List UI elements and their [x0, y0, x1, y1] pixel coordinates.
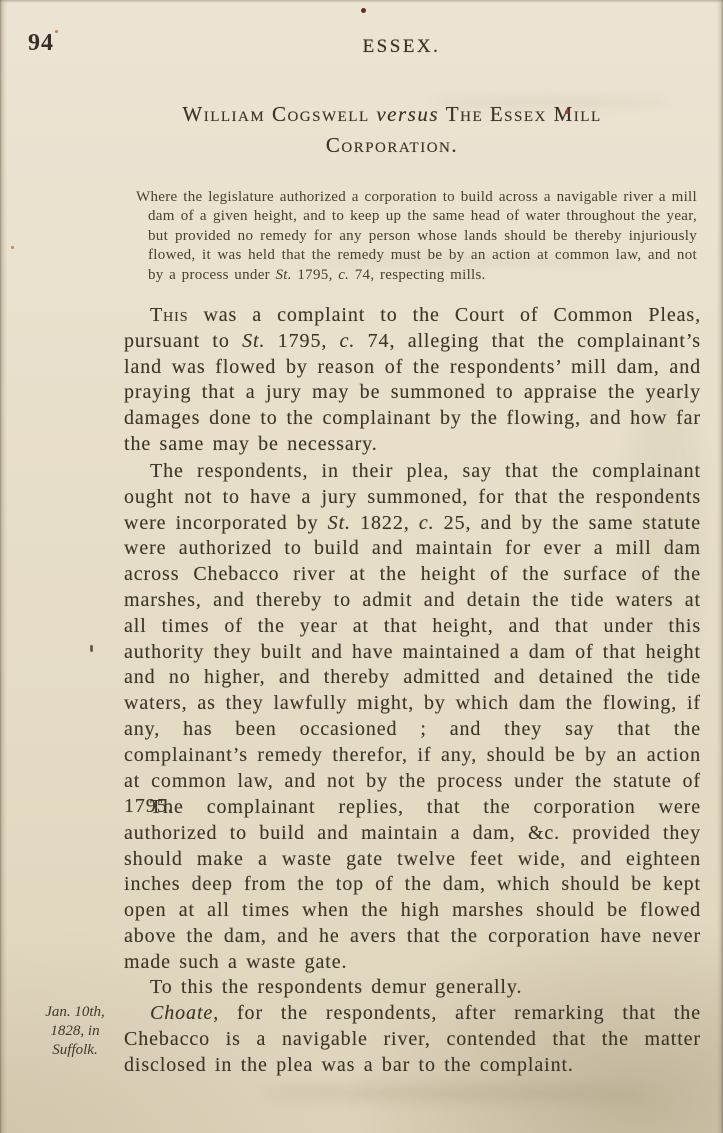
margin-note-line: Jan. 10th, — [24, 1003, 126, 1022]
body-paragraph-respondents-plea: The respondents, in their plea, say that… — [124, 459, 701, 820]
book-page-scan: 94 ESSEX. William Cogswell versus The Es… — [0, 0, 723, 1133]
show-through-ghost — [260, 1085, 640, 1101]
body-paragraph-demurrer: To this the respondents demur generally. — [124, 975, 701, 1001]
case-title-line1: William Cogswell versus The Essex Mill — [104, 99, 680, 130]
margin-note-line: 1828, in — [24, 1022, 126, 1041]
body-paragraph-complainant-reply: The complainant replies, that the corpor… — [124, 795, 701, 976]
running-header: ESSEX. — [0, 36, 723, 58]
case-title-line2: Corporation. — [104, 130, 680, 161]
ink-speck — [11, 246, 14, 249]
case-title: William Cogswell versus The Essex Mill C… — [104, 99, 680, 161]
ink-speck — [55, 30, 58, 33]
ink-speck — [90, 645, 93, 652]
body-paragraph-choate-argument: Choate, for the respondents, after remar… — [124, 1001, 701, 1078]
margin-note-date: Jan. 10th, 1828, in Suffolk. — [24, 1003, 126, 1060]
body-paragraph-complaint: This was a complaint to the Court of Com… — [124, 303, 701, 458]
headnote: Where the legislature authorized a corpo… — [136, 188, 697, 285]
margin-note-line: Suffolk. — [24, 1041, 126, 1060]
ink-speck — [565, 110, 569, 114]
ink-speck — [361, 8, 366, 13]
